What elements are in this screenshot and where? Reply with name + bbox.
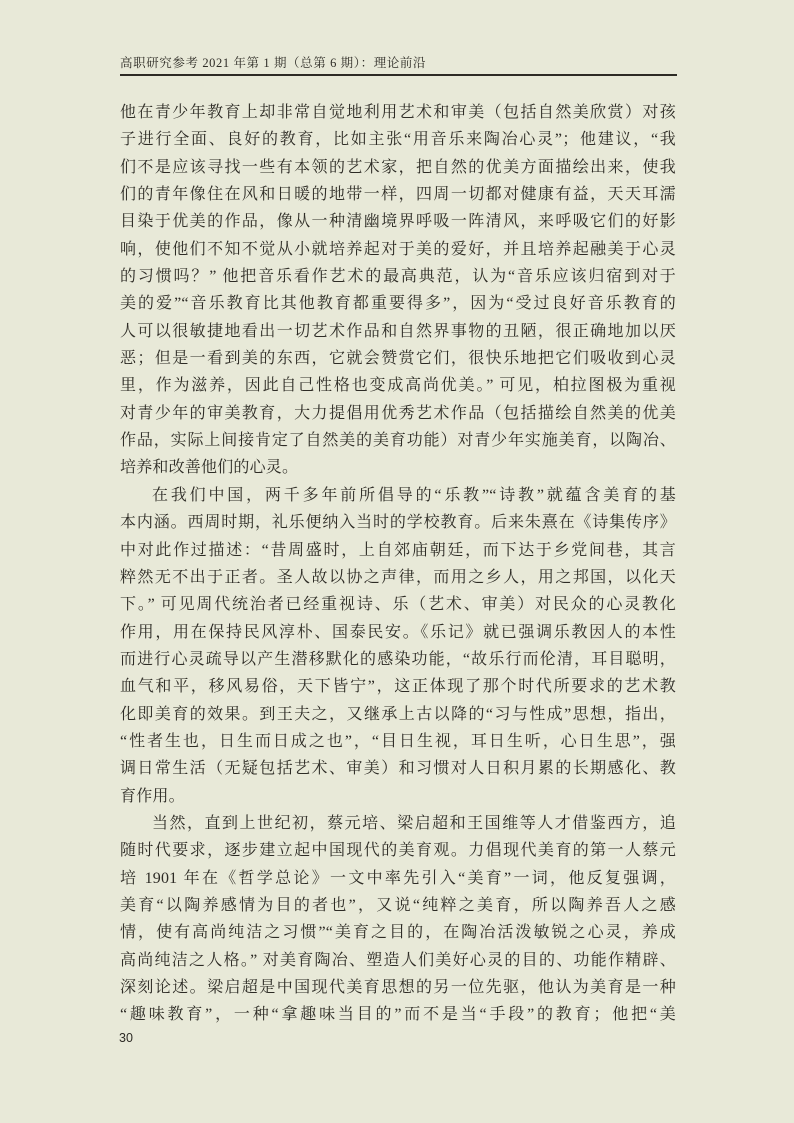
text-line: 随时代要求，逐步建立起中国现代的美育观。力倡现代美育的第一人蔡元 (120, 837, 676, 864)
text-line: 培养和改善他们的心灵。 (120, 454, 676, 481)
text-line: “趣味教育”，一种“拿趣味当目的”而不是当“手段”的教育；他把“美 (120, 1001, 676, 1028)
text-line: 们的青年像住在风和日暖的地带一样，四周一切都对健康有益，天天耳濡 (120, 181, 676, 208)
article-body: 他在青少年教育上却非常自觉地利用艺术和审美（包括自然美欣赏）对孩子进行全面、良好… (120, 99, 676, 1029)
text-line: 美育“以陶养感情为目的者也”，又说“纯粹之美育，所以陶养吾人之感 (120, 892, 676, 919)
text-line: 目染于优美的作品，像从一种清幽境界呼吸一阵清风，来呼吸它们的好影 (120, 208, 676, 235)
text-line: 高尚纯洁之人格。” 对美育陶冶、塑造人们美好心灵的目的、功能作精辟、 (120, 947, 676, 974)
text-line: 的习惯吗？” 他把音乐看作艺术的最高典范，认为“音乐应该归宿到对于 (120, 263, 676, 290)
text-line: 中对此作过描述：“昔周盛时，上自郊庙朝廷，而下达于乡党间巷，其言 (120, 537, 676, 564)
text-line: “性者生也，日生而日成之也”，“目日生视，耳日生听，心日生思”，强 (120, 728, 676, 755)
text-line: 恶；但是一看到美的东西，它就会赞赏它们，很快乐地把它们吸收到心灵 (120, 345, 676, 372)
text-line: 化即美育的效果。到王夫之，又继承上古以降的“习与性成”思想，指出， (120, 701, 676, 728)
text-line: 而进行心灵疏导以产生潜移默化的感染功能，“故乐行而伦清，耳目聪明， (120, 646, 676, 673)
page-number: 30 (119, 1031, 133, 1045)
text-line: 他在青少年教育上却非常自觉地利用艺术和审美（包括自然美欣赏）对孩 (120, 99, 676, 126)
text-line: 子进行全面、良好的教育，比如主张“用音乐来陶冶心灵”；他建议，“我 (120, 126, 676, 153)
text-line: 培 1901 年在《哲学总论》一文中率先引入“美育”一词，他反复强调， (120, 865, 676, 892)
text-line: 响，使他们不知不觉从小就培养起对于美的爱好，并且培养起融美于心灵 (120, 236, 676, 263)
text-line: 里，作为滋养，因此自己性格也变成高尚优美。” 可见，柏拉图极为重视 (120, 372, 676, 399)
journal-page: 高职研究参考 2021 年第 1 期（总第 6 期）：理论前沿 他在青少年教育上… (0, 0, 794, 1123)
text-line: 们不是应该寻找一些有本领的艺术家，把自然的优美方面描绘出来，使我 (120, 154, 676, 181)
text-line: 美的爱”“音乐教育比其他教育都重要得多”，因为“受过良好音乐教育的 (120, 290, 676, 317)
text-line: 情，使有高尚纯洁之习惯”“美育之目的，在陶冶活泼敏锐之心灵，养成 (120, 919, 676, 946)
text-line: 对青少年的审美教育，大力提倡用优秀艺术作品（包括描绘自然美的优美 (120, 400, 676, 427)
text-line: 深刻论述。梁启超是中国现代美育思想的另一位先驱，他认为美育是一种 (120, 974, 676, 1001)
text-line: 人可以很敏捷地看出一切艺术作品和自然界事物的丑陋，很正确地加以厌 (120, 318, 676, 345)
text-line: 育作用。 (120, 783, 676, 810)
text-line: 粹然无不出于正者。圣人故以协之声律，而用之乡人，用之邦国，以化天 (120, 564, 676, 591)
header-rule (120, 74, 677, 76)
text-line: 调日常生活（无疑包括艺术、审美）和习惯对人日积月累的长期感化、教 (120, 755, 676, 782)
text-line: 当然，直到上世纪初，蔡元培、梁启超和王国维等人才借鉴西方，追 (120, 810, 676, 837)
text-line: 在我们中国，两千多年前所倡导的“乐教”“诗教”就蕴含美育的基 (120, 482, 676, 509)
text-line: 作用，用在保持民风淳朴、国泰民安。《乐记》就已强调乐教因人的本性 (120, 619, 676, 646)
text-line: 下。” 可见周代统治者已经重视诗、乐（艺术、审美）对民众的心灵教化 (120, 591, 676, 618)
text-line: 本内涵。西周时期，礼乐便纳入当时的学校教育。后来朱熹在《诗集传序》 (120, 509, 676, 536)
text-line: 作品，实际上间接肯定了自然美的美育功能）对青少年实施美育，以陶冶、 (120, 427, 676, 454)
running-header: 高职研究参考 2021 年第 1 期（总第 6 期）：理论前沿 (120, 55, 677, 71)
text-line: 血气和平，移风易俗，天下皆宁”，这正体现了那个时代所要求的艺术教 (120, 673, 676, 700)
